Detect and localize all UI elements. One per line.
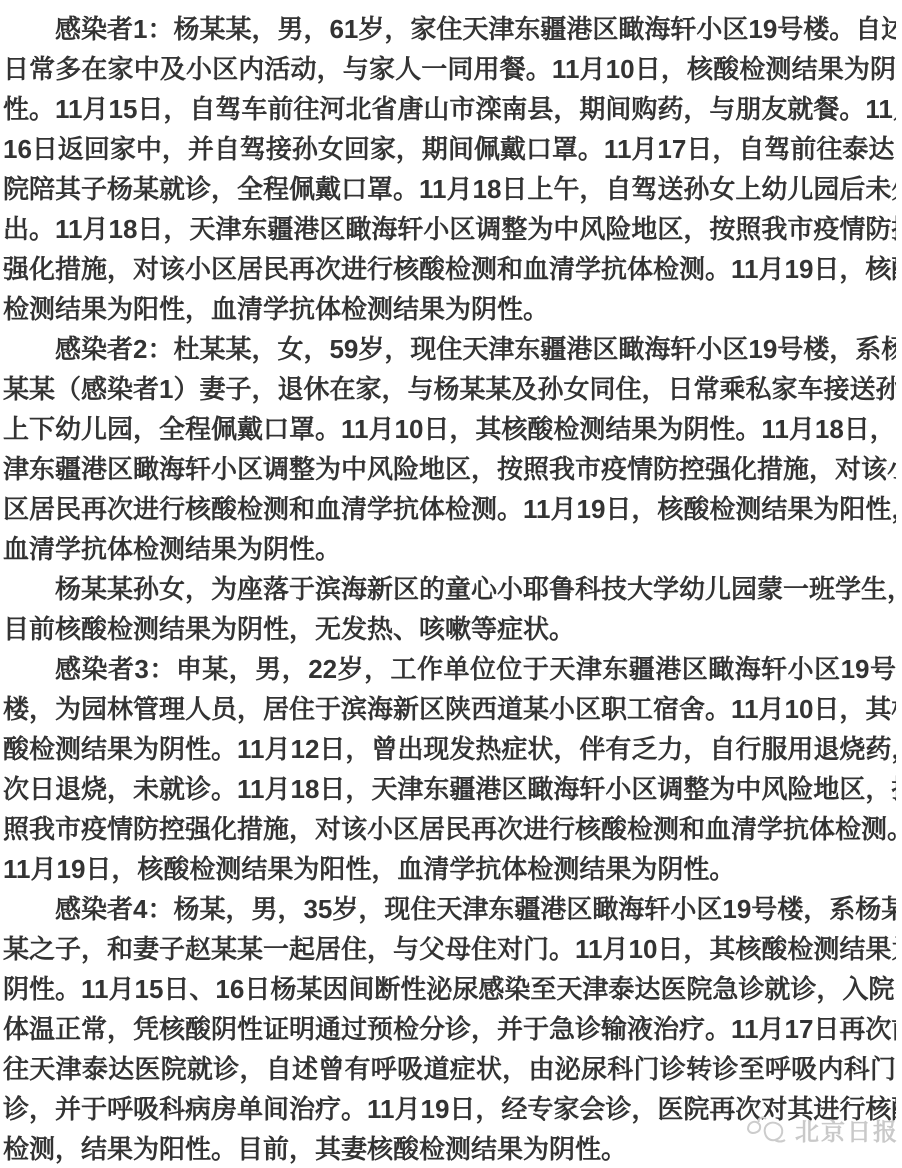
article-line: 出。11月18日，天津东疆港区瞰海轩小区调整为中风险地区，按照我市疫情防控 <box>3 209 896 249</box>
article-body: 感染者1：杨某某，男，61岁，家住天津东疆港区瞰海轩小区19号楼。自述日常多在家… <box>3 9 896 1168</box>
article-line: 阴性。11月15日、16日杨某因间断性泌尿感染至天津泰达医院急诊就诊，入院时 <box>3 969 896 1009</box>
article-line: 上下幼儿园，全程佩戴口罩。11月10日，其核酸检测结果为阴性。11月18日，天 <box>3 409 896 449</box>
article-line: 体温正常，凭核酸阴性证明通过预检分诊，并于急诊输液治疗。11月17日再次前 <box>3 1009 896 1049</box>
article-line: 某之子，和妻子赵某某一起居住，与父母住对门。11月10日，其核酸检测结果为 <box>3 929 896 969</box>
article-line: 目前核酸检测结果为阴性，无发热、咳嗽等症状。 <box>3 609 896 649</box>
article-line: 检测结果为阳性，血清学抗体检测结果为阴性。 <box>3 289 896 329</box>
article-line: 血清学抗体检测结果为阴性。 <box>3 529 896 569</box>
article-line: 检测，结果为阳性。目前，其妻核酸检测结果为阴性。 <box>3 1129 896 1168</box>
article-line: 性。11月15日，自驾车前往河北省唐山市滦南县，期间购药，与朋友就餐。11月 <box>3 89 896 129</box>
article-line: 津东疆港区瞰海轩小区调整为中风险地区，按照我市疫情防控强化措施，对该小 <box>3 449 896 489</box>
article-line: 某某（感染者1）妻子，退休在家，与杨某某及孙女同住，日常乘私家车接送孙女 <box>3 369 896 409</box>
article-line: 杨某某孙女，为座落于滨海新区的童心小耶鲁科技大学幼儿园蒙一班学生， <box>3 569 896 609</box>
article-line: 诊，并于呼吸科病房单间治疗。11月19日，经专家会诊，医院再次对其进行核酸 <box>3 1089 896 1129</box>
article-line: 强化措施，对该小区居民再次进行核酸检测和血清学抗体检测。11月19日，核酸 <box>3 249 896 289</box>
article-line: 11月19日，核酸检测结果为阳性，血清学抗体检测结果为阴性。 <box>3 849 896 889</box>
article-line: 感染者3：申某，男，22岁，工作单位位于天津东疆港区瞰海轩小区19号 <box>3 649 896 689</box>
article-line: 区居民再次进行核酸检测和血清学抗体检测。11月19日，核酸检测结果为阳性， <box>3 489 896 529</box>
article-line: 日常多在家中及小区内活动，与家人一同用餐。11月10日，核酸检测结果为阴 <box>3 49 896 89</box>
article-line: 楼，为园林管理人员，居住于滨海新区陕西道某小区职工宿舍。11月10日，其核 <box>3 689 896 729</box>
article-line: 感染者4：杨某，男，35岁，现住天津东疆港区瞰海轩小区19号楼，系杨某 <box>3 889 896 929</box>
article-line: 照我市疫情防控强化措施，对该小区居民再次进行核酸检测和血清学抗体检测。 <box>3 809 896 849</box>
article-line: 院陪其子杨某就诊，全程佩戴口罩。11月18日上午，自驾送孙女上幼儿园后未外 <box>3 169 896 209</box>
article-line: 16日返回家中，并自驾接孙女回家，期间佩戴口罩。11月17日，自驾前往泰达医 <box>3 129 896 169</box>
article-line: 次日退烧，未就诊。11月18日，天津东疆港区瞰海轩小区调整为中风险地区，按 <box>3 769 896 809</box>
article-line: 往天津泰达医院就诊，自述曾有呼吸道症状，由泌尿科门诊转诊至呼吸内科门 <box>3 1049 896 1089</box>
article-line: 感染者2：杜某某，女，59岁，现住天津东疆港区瞰海轩小区19号楼，系杨 <box>3 329 896 369</box>
article-line: 酸检测结果为阴性。11月12日，曾出现发热症状，伴有乏力，自行服用退烧药， <box>3 729 896 769</box>
article-line: 感染者1：杨某某，男，61岁，家住天津东疆港区瞰海轩小区19号楼。自述 <box>3 9 896 49</box>
